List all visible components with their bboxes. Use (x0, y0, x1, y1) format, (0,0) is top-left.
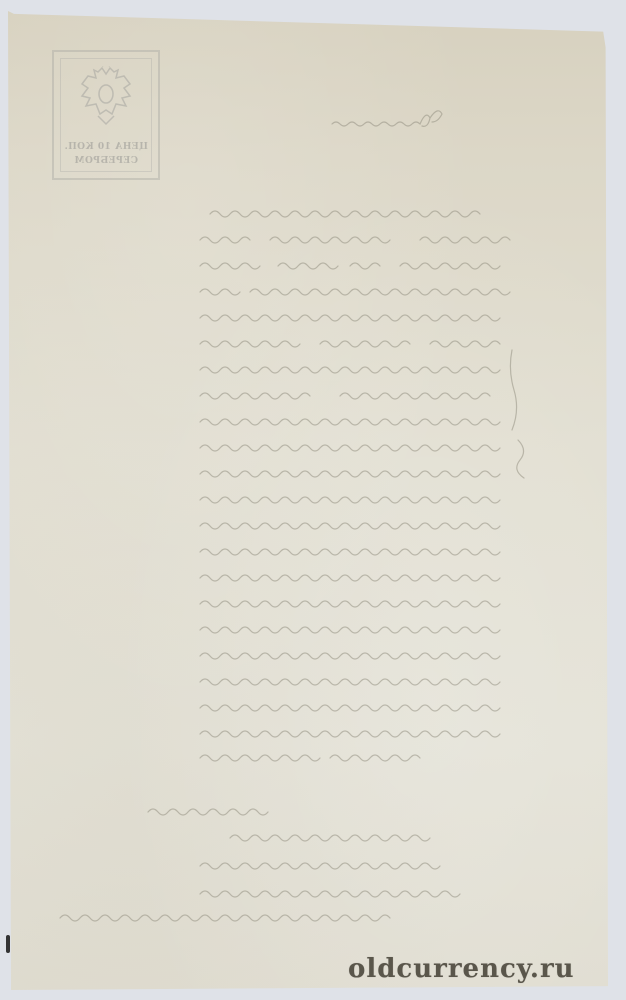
watermark-text: oldcurrency.ru (348, 954, 575, 984)
stamp-text-line2: СЕРЕБРОМ (54, 156, 158, 166)
paper-tear-mark (6, 935, 10, 953)
double-headed-eagle-icon (76, 66, 136, 128)
stamp-paper-seal: ЦЕНА 10 КОП. СЕРЕБРОМ (52, 50, 160, 180)
stamp-text-line1: ЦЕНА 10 КОП. (54, 142, 158, 152)
